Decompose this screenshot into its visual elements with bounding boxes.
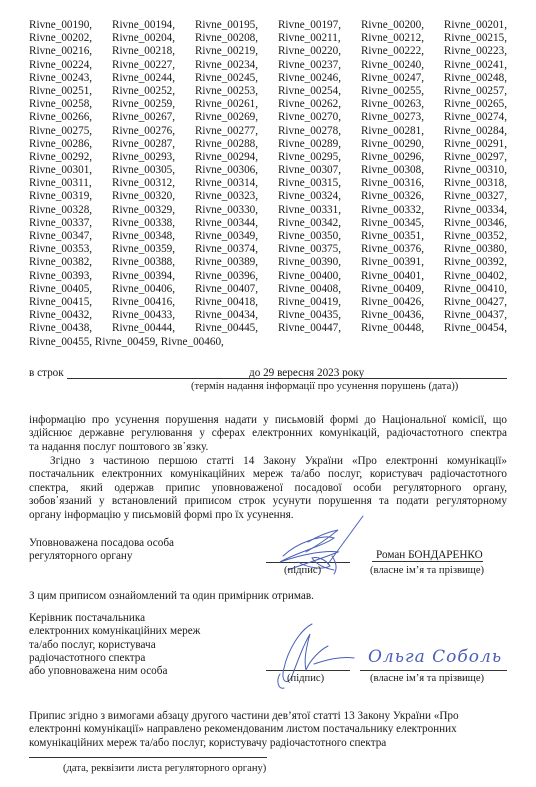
station-id: Rivne_00234,: [195, 59, 278, 72]
station-id: Rivne_00342,: [278, 217, 361, 230]
station-id-row: Rivne_00292,Rivne_00293,Rivne_00294,Rivn…: [29, 151, 507, 164]
station-id: Rivne_00444,: [112, 322, 195, 335]
role-line: електронних комунікаційних мереж: [29, 625, 200, 638]
station-id: Rivne_00418,: [195, 296, 278, 309]
station-id: Rivne_00278,: [278, 125, 361, 138]
station-id: Rivne_00434,: [195, 309, 278, 322]
station-id: Rivne_00346,: [444, 217, 507, 230]
station-id: Rivne_00212,: [361, 32, 444, 45]
station-id: Rivne_00241,: [444, 59, 507, 72]
deadline-caption: (термін надання інформації про усунення …: [191, 381, 458, 392]
station-id: Rivne_00401,: [361, 270, 444, 283]
station-id: Rivne_00291,: [444, 138, 507, 151]
role-line: Уповноважена посадова особа: [29, 537, 174, 550]
station-id: Rivne_00248,: [444, 72, 507, 85]
station-id: Rivne_00297,: [444, 151, 507, 164]
station-id: Rivne_00337,: [29, 217, 112, 230]
paragraph-line: Припис згідно з вимогами абзацу другого …: [29, 710, 507, 723]
paragraph-line: інформацію про усунення порушення надати…: [29, 414, 507, 427]
station-id: Rivne_00265,: [444, 98, 507, 111]
station-id-row: Rivne_00301,Rivne_00305,Rivne_00306,Rivn…: [29, 164, 507, 177]
provider-role: Керівник постачальника електронних комун…: [29, 612, 200, 678]
station-id: Rivne_00223,: [444, 45, 507, 58]
station-id-row: Rivne_00224,Rivne_00227,Rivne_00234,Rivn…: [29, 59, 507, 72]
station-id: Rivne_00201,: [444, 19, 507, 32]
station-id-row: Rivne_00311,Rivne_00312,Rivne_00314,Rivn…: [29, 177, 507, 190]
regulator-name: Роман БОНДАРЕНКО: [372, 549, 483, 562]
station-id: Rivne_00427,: [444, 296, 507, 309]
station-id: Rivne_00254,: [278, 85, 361, 98]
station-id-tail: Rivne_00455, Rivne_00459, Rivne_00460,: [29, 336, 507, 349]
footer-date-line: [29, 757, 267, 758]
station-id: Rivne_00323,: [195, 190, 278, 203]
station-id: Rivne_00374,: [195, 243, 278, 256]
provider-name-line: [360, 670, 507, 671]
station-id: Rivne_00330,: [195, 204, 278, 217]
station-id: Rivne_00352,: [444, 230, 507, 243]
station-id: Rivne_00445,: [195, 322, 278, 335]
station-id-row: Rivne_00266,Rivne_00267,Rivne_00269,Rivn…: [29, 111, 507, 124]
role-line: Керівник постачальника: [29, 612, 200, 625]
station-id: Rivne_00246,: [278, 72, 361, 85]
station-id: Rivne_00204,: [112, 32, 195, 45]
station-id-row: Rivne_00286,Rivne_00287,Rivne_00288,Rivn…: [29, 138, 507, 151]
station-id: Rivne_00237,: [278, 59, 361, 72]
station-id: Rivne_00351,: [361, 230, 444, 243]
station-id: Rivne_00437,: [444, 309, 507, 322]
station-id-row: Rivne_00415,Rivne_00416,Rivne_00418,Rivn…: [29, 296, 507, 309]
station-id: Rivne_00419,: [278, 296, 361, 309]
station-id: Rivne_00407,: [195, 283, 278, 296]
station-id: Rivne_00393,: [29, 270, 112, 283]
station-id: Rivne_00245,: [195, 72, 278, 85]
station-id: Rivne_00447,: [278, 322, 361, 335]
station-id: Rivne_00315,: [278, 177, 361, 190]
station-id: Rivne_00211,: [278, 32, 361, 45]
station-id-row: Rivne_00202,Rivne_00204,Rivne_00208,Rivn…: [29, 32, 507, 45]
station-id: Rivne_00287,: [112, 138, 195, 151]
paragraph-line: та надання послуг поштового зв᾽язку.: [29, 441, 507, 454]
station-id: Rivne_00320,: [112, 190, 195, 203]
station-id: Rivne_00408,: [278, 283, 361, 296]
station-id-row: Rivne_00353,Rivne_00359,Rivne_00374,Rivn…: [29, 243, 507, 256]
station-id: Rivne_00380,: [444, 243, 507, 256]
station-id: Rivne_00195,: [195, 19, 278, 32]
station-id: Rivne_00329,: [112, 204, 195, 217]
station-id-row: Rivne_00190,Rivne_00194,Rivne_00195,Rivn…: [29, 19, 507, 32]
station-id: Rivne_00353,: [29, 243, 112, 256]
station-id-row: Rivne_00347,Rivne_00348,Rivne_00349,Rivn…: [29, 230, 507, 243]
station-id: Rivne_00402,: [444, 270, 507, 283]
station-id: Rivne_00275,: [29, 125, 112, 138]
station-id: Rivne_00293,: [112, 151, 195, 164]
station-id: Rivne_00216,: [29, 45, 112, 58]
footer-caption: (дата, реквізити листа регуляторного орг…: [63, 763, 266, 774]
station-id-list: Rivne_00190,Rivne_00194,Rivne_00195,Rivn…: [29, 19, 507, 349]
station-id-row: Rivne_00216,Rivne_00218,Rivne_00219,Rivn…: [29, 45, 507, 58]
station-id: Rivne_00350,: [278, 230, 361, 243]
role-line: або уповноважена ним особа: [29, 665, 200, 678]
station-id-row: Rivne_00251,Rivne_00252,Rivne_00253,Rivn…: [29, 85, 507, 98]
station-id: Rivne_00314,: [195, 177, 278, 190]
station-id: Rivne_00240,: [361, 59, 444, 72]
station-id: Rivne_00390,: [278, 256, 361, 269]
station-id: Rivne_00375,: [278, 243, 361, 256]
station-id: Rivne_00319,: [29, 190, 112, 203]
station-id: Rivne_00415,: [29, 296, 112, 309]
station-id: Rivne_00347,: [29, 230, 112, 243]
station-id: Rivne_00388,: [112, 256, 195, 269]
station-id: Rivne_00289,: [278, 138, 361, 151]
station-id: Rivne_00312,: [112, 177, 195, 190]
station-id: Rivne_00348,: [112, 230, 195, 243]
station-id: Rivne_00396,: [195, 270, 278, 283]
station-id: Rivne_00215,: [444, 32, 507, 45]
paragraph-line: спектра, який одержав припис уповноважен…: [29, 482, 507, 495]
station-id: Rivne_00218,: [112, 45, 195, 58]
station-id: Rivne_00227,: [112, 59, 195, 72]
paragraph-line: комунікаційних мереж та/або послуг, кори…: [29, 737, 507, 750]
station-id: Rivne_00376,: [361, 243, 444, 256]
station-id: Rivne_00261,: [195, 98, 278, 111]
station-id-row: Rivne_00258,Rivne_00259,Rivne_00261,Rivn…: [29, 98, 507, 111]
station-id: Rivne_00438,: [29, 322, 112, 335]
station-id: Rivne_00208,: [195, 32, 278, 45]
station-id: Rivne_00391,: [361, 256, 444, 269]
station-id: Rivne_00406,: [112, 283, 195, 296]
station-id: Rivne_00394,: [112, 270, 195, 283]
deadline-value: до 29 вересня 2023 року: [249, 366, 364, 380]
station-id: Rivne_00308,: [361, 164, 444, 177]
station-id: Rivne_00288,: [195, 138, 278, 151]
station-id: Rivne_00307,: [278, 164, 361, 177]
station-id: Rivne_00405,: [29, 283, 112, 296]
role-line: радіочастотного спектра: [29, 652, 200, 665]
station-id: Rivne_00286,: [29, 138, 112, 151]
station-id: Rivne_00389,: [195, 256, 278, 269]
station-id: Rivne_00345,: [361, 217, 444, 230]
station-id: Rivne_00410,: [444, 283, 507, 296]
station-id: Rivne_00296,: [361, 151, 444, 164]
station-id: Rivne_00197,: [278, 19, 361, 32]
paragraph-line: електронні комунікації» направлено реком…: [29, 723, 507, 736]
station-id: Rivne_00318,: [444, 177, 507, 190]
station-id: Rivne_00327,: [444, 190, 507, 203]
station-id: Rivne_00224,: [29, 59, 112, 72]
station-id: Rivne_00436,: [361, 309, 444, 322]
station-id: Rivne_00202,: [29, 32, 112, 45]
station-id: Rivne_00295,: [278, 151, 361, 164]
document-page: Rivne_00190,Rivne_00194,Rivne_00195,Rivn…: [0, 0, 536, 787]
station-id-row: Rivne_00328,Rivne_00329,Rivne_00330,Rivn…: [29, 204, 507, 217]
station-id: Rivne_00382,: [29, 256, 112, 269]
station-id: Rivne_00433,: [112, 309, 195, 322]
station-id: Rivne_00194,: [112, 19, 195, 32]
station-id: Rivne_00252,: [112, 85, 195, 98]
station-id-row: Rivne_00438,Rivne_00444,Rivne_00445,Rivn…: [29, 322, 507, 335]
station-id: Rivne_00266,: [29, 111, 112, 124]
station-id: Rivne_00392,: [444, 256, 507, 269]
station-id-row: Rivne_00337,Rivne_00338,Rivne_00344,Rivn…: [29, 217, 507, 230]
station-id-row: Rivne_00432,Rivne_00433,Rivne_00434,Rivn…: [29, 309, 507, 322]
station-id: Rivne_00259,: [112, 98, 195, 111]
station-id: Rivne_00284,: [444, 125, 507, 138]
station-id: Rivne_00331,: [278, 204, 361, 217]
station-id: Rivne_00222,: [361, 45, 444, 58]
deadline-label: в строк: [29, 366, 64, 380]
paragraph-line: Згідно з частиною першою статті 14 Закон…: [29, 455, 507, 468]
station-id: Rivne_00349,: [195, 230, 278, 243]
deadline-row: в строк до 29 вересня 2023 року: [29, 366, 507, 380]
station-id: Rivne_00311,: [29, 177, 112, 190]
station-id: Rivne_00243,: [29, 72, 112, 85]
station-id: Rivne_00281,: [361, 125, 444, 138]
provider-signature-caption: (підпис): [287, 673, 324, 684]
station-id: Rivne_00435,: [278, 309, 361, 322]
station-id: Rivne_00276,: [112, 125, 195, 138]
station-id: Rivne_00454,: [444, 322, 507, 335]
station-id-row: Rivne_00382,Rivne_00388,Rivne_00389,Rivn…: [29, 256, 507, 269]
regulator-signature-caption: (підпис): [284, 565, 321, 576]
station-id: Rivne_00326,: [361, 190, 444, 203]
station-id: Rivne_00344,: [195, 217, 278, 230]
station-id: Rivne_00219,: [195, 45, 278, 58]
role-line: регуляторного органу: [29, 550, 174, 563]
station-id: Rivne_00324,: [278, 190, 361, 203]
station-id-row: Rivne_00319,Rivne_00320,Rivne_00323,Rivn…: [29, 190, 507, 203]
station-id: Rivne_00200,: [361, 19, 444, 32]
station-id: Rivne_00247,: [361, 72, 444, 85]
station-id: Rivne_00334,: [444, 204, 507, 217]
station-id: Rivne_00426,: [361, 296, 444, 309]
paragraph-line: постачальник електронних комунікаційних …: [29, 468, 507, 481]
station-id: Rivne_00306,: [195, 164, 278, 177]
station-id-row: Rivne_00393,Rivne_00394,Rivne_00396,Rivn…: [29, 270, 507, 283]
paragraph-info-submission: інформацію про усунення порушення надати…: [29, 414, 507, 454]
paragraph-line: здійснює державне регулювання у сферах е…: [29, 427, 507, 440]
station-id: Rivne_00432,: [29, 309, 112, 322]
station-id: Rivne_00251,: [29, 85, 112, 98]
station-id: Rivne_00310,: [444, 164, 507, 177]
station-id: Rivne_00257,: [444, 85, 507, 98]
station-id: Rivne_00292,: [29, 151, 112, 164]
station-id: Rivne_00274,: [444, 111, 507, 124]
station-id: Rivne_00416,: [112, 296, 195, 309]
station-id: Rivne_00400,: [278, 270, 361, 283]
station-id: Rivne_00253,: [195, 85, 278, 98]
station-id: Rivne_00269,: [195, 111, 278, 124]
provider-handwritten-name: Ольга Соболь: [368, 647, 502, 667]
regulator-role: Уповноважена посадова особа регуляторног…: [29, 537, 174, 564]
footer-paragraph: Припис згідно з вимогами абзацу другого …: [29, 710, 507, 750]
station-id-row: Rivne_00275,Rivne_00276,Rivne_00277,Rivn…: [29, 125, 507, 138]
station-id: Rivne_00263,: [361, 98, 444, 111]
paragraph-line: зобов᾽язаний у встановлений приписом стр…: [29, 495, 507, 508]
station-id: Rivne_00448,: [361, 322, 444, 335]
station-id: Rivne_00294,: [195, 151, 278, 164]
station-id: Rivne_00273,: [361, 111, 444, 124]
station-id: Rivne_00190,: [29, 19, 112, 32]
station-id-row: Rivne_00243,Rivne_00244,Rivne_00245,Rivn…: [29, 72, 507, 85]
station-id: Rivne_00255,: [361, 85, 444, 98]
station-id: Rivne_00220,: [278, 45, 361, 58]
role-line: та/або послуг, користувача: [29, 639, 200, 652]
station-id: Rivne_00290,: [361, 138, 444, 151]
station-id: Rivne_00270,: [278, 111, 361, 124]
station-id: Rivne_00409,: [361, 283, 444, 296]
station-id-row: Rivne_00405,Rivne_00406,Rivne_00407,Rivn…: [29, 283, 507, 296]
station-id: Rivne_00328,: [29, 204, 112, 217]
station-id: Rivne_00359,: [112, 243, 195, 256]
station-id: Rivne_00305,: [112, 164, 195, 177]
station-id: Rivne_00244,: [112, 72, 195, 85]
station-id: Rivne_00277,: [195, 125, 278, 138]
provider-name-caption: (власне ім’я та прізвище): [370, 673, 484, 684]
station-id: Rivne_00262,: [278, 98, 361, 111]
station-id: Rivne_00332,: [361, 204, 444, 217]
regulator-name-caption: (власне ім’я та прізвище): [370, 565, 484, 576]
station-id: Rivne_00338,: [112, 217, 195, 230]
station-id: Rivne_00258,: [29, 98, 112, 111]
station-id: Rivne_00267,: [112, 111, 195, 124]
acknowledgement-text: З цим приписом ознайомлений та один прим…: [29, 590, 314, 603]
station-id: Rivne_00301,: [29, 164, 112, 177]
station-id: Rivne_00316,: [361, 177, 444, 190]
